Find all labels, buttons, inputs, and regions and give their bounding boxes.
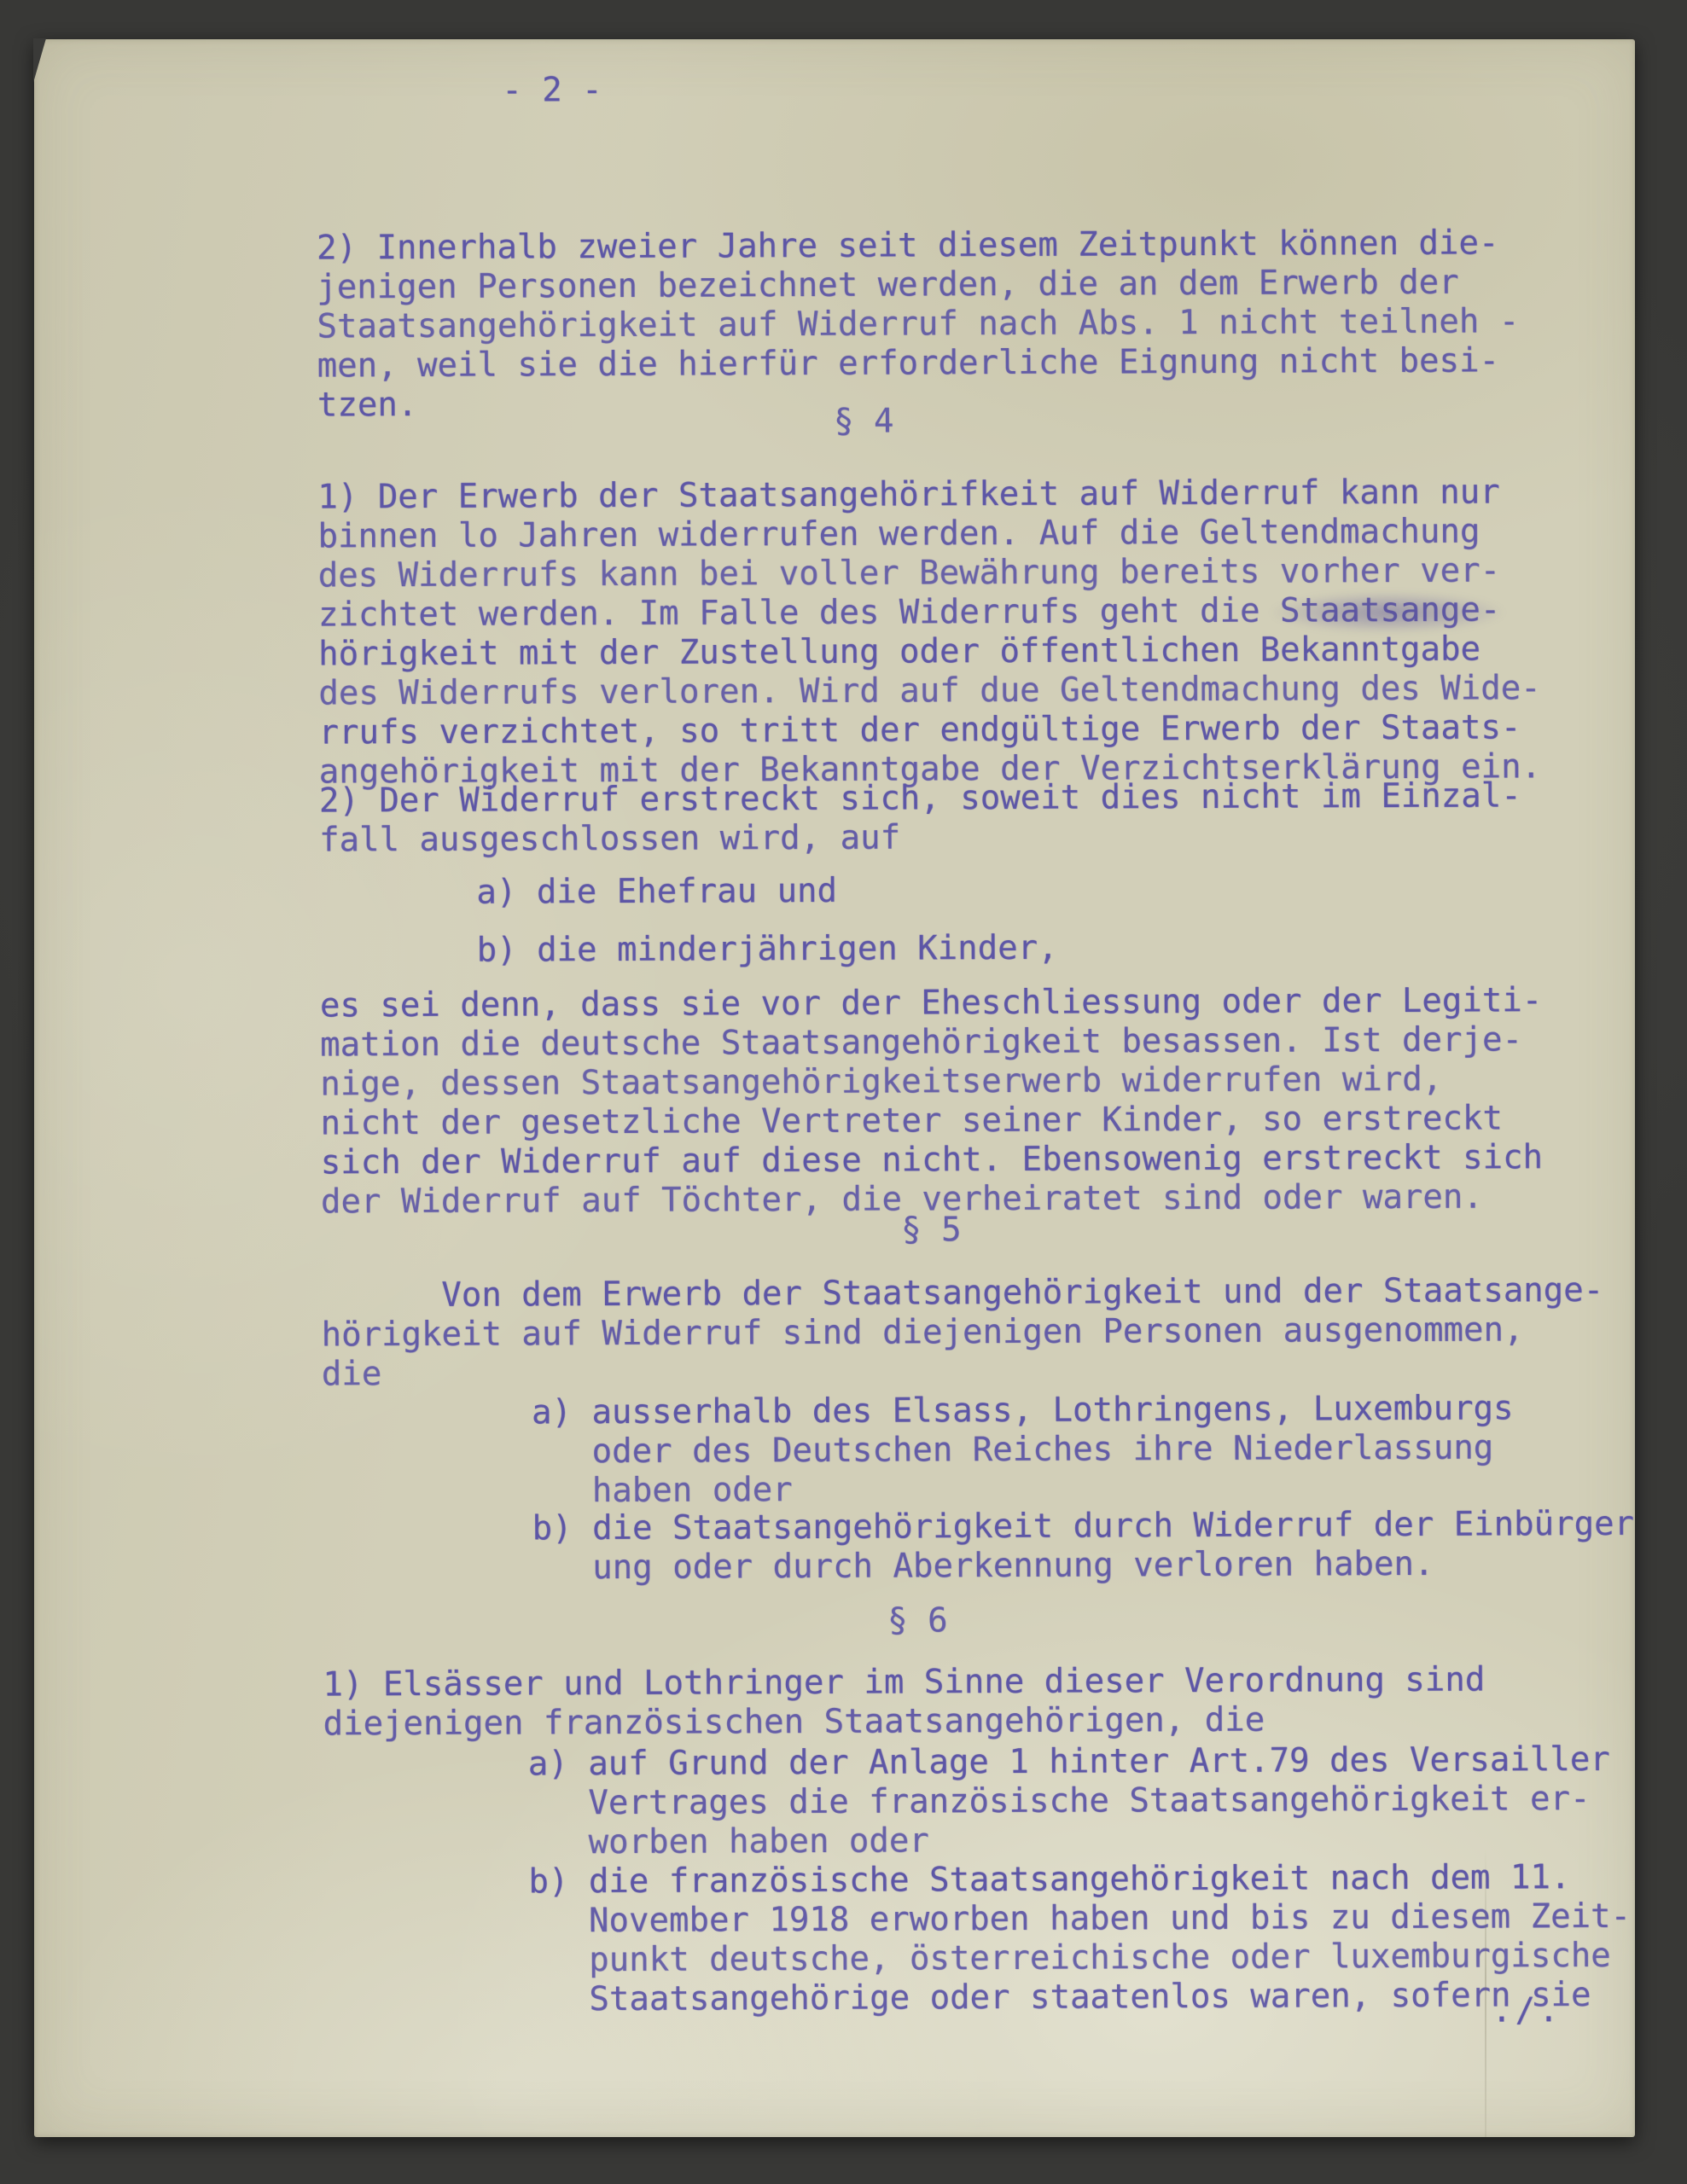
text-line: Staatsangehörige oder staatenlos waren, … (529, 1976, 1632, 2020)
text-line: § 5 (901, 1211, 962, 1250)
text-line: binnen lo Jahren widerrufen werden. Auf … (317, 512, 1539, 556)
paragraph: 2) Der Widerruf erstreckt sich, soweit d… (319, 776, 1521, 860)
list-item: b) die französische Staatsangehörigkeit … (528, 1858, 1631, 2020)
text-line: a) ausserhalb des Elsass, Lothringens, L… (532, 1389, 1514, 1432)
continuation-mark: ./. (1492, 1991, 1562, 2030)
text-line: fall ausgeschlossen wird, auf (319, 816, 1521, 860)
text-line: 1) Elsässer und Lothringer im Sinne dies… (323, 1661, 1485, 1705)
text-line: a) die Ehefrau und (476, 872, 837, 913)
text-line: b) die Staatsangehörigkeit durch Widerru… (532, 1505, 1635, 1549)
text-line: diejenigen französischen Staatsangehörig… (323, 1700, 1486, 1745)
text-line: mation die deutsche Staatsangehörigkeit … (320, 1020, 1542, 1065)
text-line: worben haben oder (528, 1819, 1610, 1863)
text-line: 1) Der Erwerb der Staatsangehörifkeit au… (317, 473, 1539, 517)
text-line: nige, dessen Staatsangehörigkeitserwerb … (320, 1060, 1542, 1104)
text-line: nicht der gesetzliche Vertreter seiner K… (320, 1099, 1542, 1143)
text-line: a) auf Grund der Anlage 1 hinter Art.79 … (528, 1740, 1610, 1785)
text-line: hörigkeit auf Widerruf sind diejenigen P… (322, 1310, 1604, 1356)
text-line: - 2 - (502, 71, 602, 111)
text-line: es sei denn, dass sie vor der Eheschlies… (320, 981, 1542, 1025)
section-heading: § 6 (887, 1601, 948, 1641)
text-line: jenigen Personen bezeichnet werden, die … (317, 263, 1519, 307)
text-line: ung oder durch Aberkennung verloren habe… (532, 1544, 1635, 1589)
list-item: a) ausserhalb des Elsass, Lothringens, L… (532, 1389, 1514, 1511)
ink-smudge (1271, 592, 1504, 633)
document-body: - 2 -2) Innerhalb zweier Jahre seit dies… (34, 32, 1644, 2137)
section-heading: § 4 (834, 403, 894, 442)
paper-crease (1485, 1848, 1486, 2137)
text-line: des Widerrufs kann bei voller Bewährung … (318, 551, 1540, 595)
paragraph: Von dem Erwerb der Staatsangehörigkeit u… (321, 1271, 1603, 1395)
text-line: des Widerrufs verloren. Wird auf due Gel… (318, 669, 1540, 713)
list-item: b) die minderjährigen Kinder, (477, 929, 1058, 971)
text-line: punkt deutsche, österreichische oder lux… (529, 1937, 1632, 1981)
text-line: haben oder (532, 1467, 1514, 1511)
text-line: Von dem Erwerb der Staatsangehörigkeit u… (321, 1271, 1603, 1316)
list-item: a) die Ehefrau und (476, 872, 837, 913)
paragraph: es sei denn, dass sie vor der Eheschlies… (320, 981, 1543, 1222)
text-line: sich der Widerruf auf diese nicht. Ebens… (321, 1138, 1543, 1182)
text-line: die (322, 1350, 1604, 1395)
scanner-background: - 2 -2) Innerhalb zweier Jahre seit dies… (0, 0, 1687, 2184)
text-line: tzen. (317, 380, 1520, 425)
text-line: oder des Deutschen Reiches ihre Niederla… (532, 1428, 1514, 1472)
text-line: § 4 (834, 403, 894, 442)
text-line: rrufs verzichtet, so tritt der endgültig… (318, 708, 1540, 752)
text-line: November 1918 erworben haben und bis zu … (529, 1897, 1632, 1942)
paragraph: 1) Elsässer und Lothringer im Sinne dies… (323, 1661, 1485, 1745)
text-line: Staatsangehörigkeit auf Widerruf nach Ab… (317, 302, 1519, 346)
text-line: 2) Der Widerruf erstreckt sich, soweit d… (319, 776, 1521, 821)
text-line: 2) Innerhalb zweier Jahre seit diesem Ze… (317, 224, 1519, 268)
section-heading: § 5 (901, 1211, 962, 1250)
text-line: b) die minderjährigen Kinder, (477, 929, 1058, 971)
paragraph: 2) Innerhalb zweier Jahre seit diesem Ze… (317, 224, 1520, 425)
page-number: - 2 - (502, 71, 602, 111)
text-line: b) die französische Staatsangehörigkeit … (528, 1858, 1631, 1902)
text-line: hörigkeit mit der Zustellung oder öffent… (318, 630, 1540, 674)
paper-sheet: - 2 -2) Innerhalb zweier Jahre seit dies… (34, 39, 1635, 2137)
text-line: ./. (1492, 1991, 1562, 2030)
text-line: § 6 (887, 1601, 948, 1641)
list-item: a) auf Grund der Anlage 1 hinter Art.79 … (528, 1740, 1611, 1863)
text-line: men, weil sie die hierfür erforderliche … (317, 341, 1520, 386)
list-item: b) die Staatsangehörigkeit durch Widerru… (532, 1505, 1635, 1589)
text-line: Vertrages die französische Staatsangehör… (528, 1780, 1610, 1824)
